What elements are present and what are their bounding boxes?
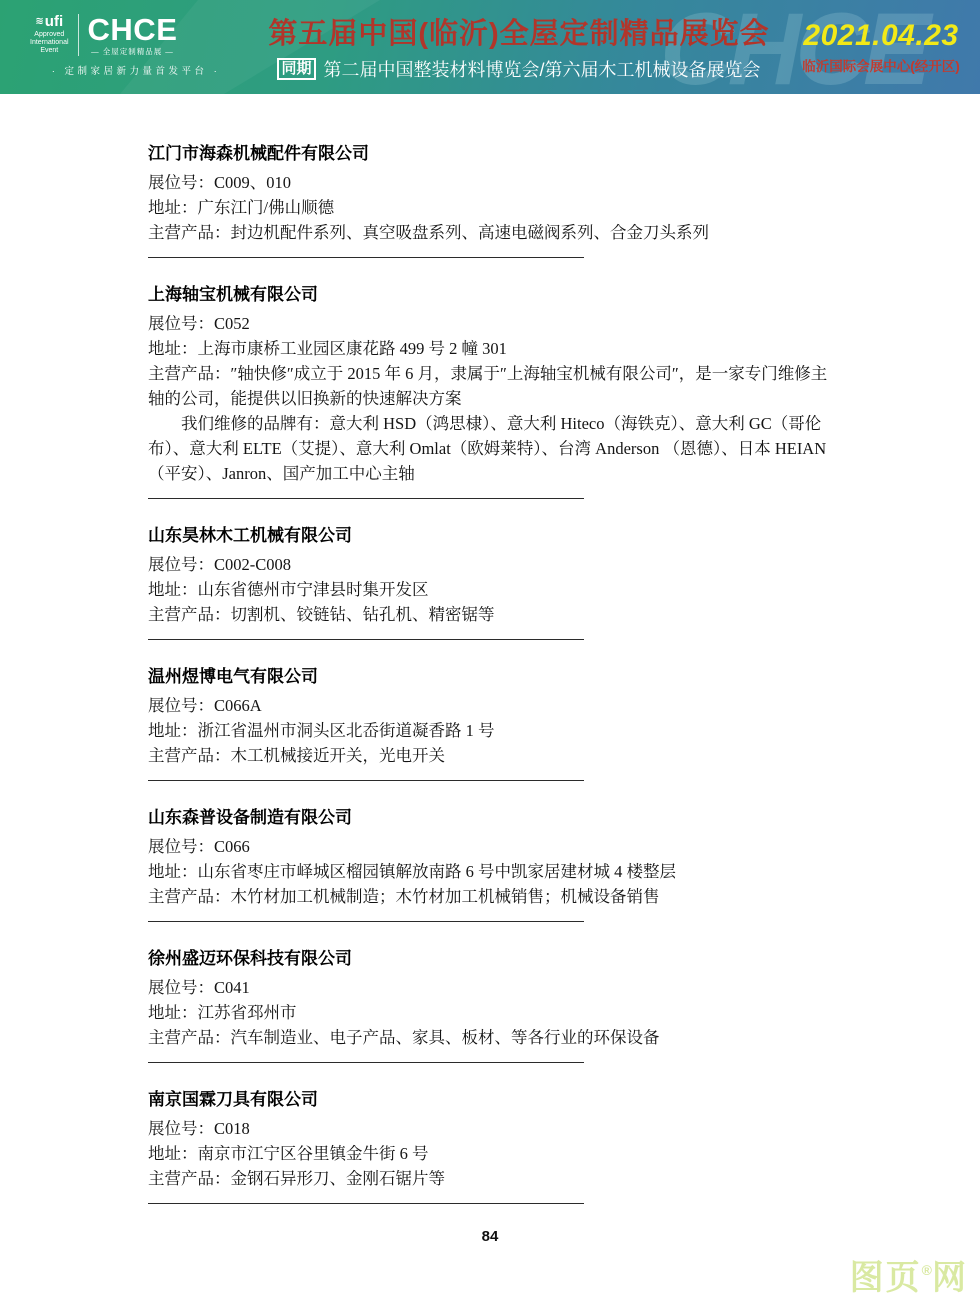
company-detail-line: 展位号：C018 [148,1116,840,1141]
section-divider [148,921,584,922]
company-detail-line: 展位号：C009、010 [148,170,840,195]
logo-row: ≋ufi Approved International Event CHCE —… [30,14,242,56]
title-block: 第五届中国(临沂)全屋定制精品展览会 同期 第二届中国整装材料博览会/第六届木工… [242,9,796,82]
exhibition-title: 第五届中国(临沂)全屋定制精品展览会 [246,11,792,52]
ufi-wave-icon: ≋ [35,16,43,27]
company-name: 山东森普设备制造有限公司 [148,805,840,830]
section-divider [148,780,584,781]
company-name: 上海轴宝机械有限公司 [148,282,840,307]
chce-logo-subtext: — 全屋定制精品展 — [88,48,178,56]
exhibitor-entry: 山东昊林木工机械有限公司展位号：C002-C008地址：山东省德州市宁津县时集开… [148,523,840,640]
exhibitor-entry: 温州煜博电气有限公司展位号：C066A地址：浙江省温州市洞头区北岙街道凝香路 1… [148,664,840,781]
company-detail-line: 地址：山东省枣庄市峄城区榴园镇解放南路 6 号中凯家居建材城 4 楼整层 [148,859,840,884]
exhibitor-entry: 南京国霖刀具有限公司展位号：C018地址：南京市江宁区谷里镇金牛街 6 号主营产… [148,1087,840,1204]
company-detail-line: 地址：南京市江宁区谷里镇金牛街 6 号 [148,1141,840,1166]
company-detail-line: 展位号：C066A [148,693,840,718]
exhibitor-entry: 江门市海森机械配件有限公司展位号：C009、010地址：广东江门/佛山顺德主营产… [148,141,840,258]
company-name: 徐州盛迈环保科技有限公司 [148,946,840,971]
exhibition-date: 2021.04.23 [796,19,966,53]
section-divider [148,1203,584,1204]
catalog-page: CHCE ≋ufi Approved International Event C… [0,0,980,1305]
company-detail-line: 主营产品：封边机配件系列、真空吸盘系列、高速电磁阀系列、合金刀头系列 [148,220,840,245]
chce-logo: CHCE — 全屋定制精品展 — [88,14,178,56]
ufi-logo: ≋ufi Approved International Event [30,14,69,55]
company-name: 南京国霖刀具有限公司 [148,1087,840,1112]
company-detail-line: 地址：山东省德州市宁津县时集开发区 [148,577,840,602]
registered-mark-icon: ® [922,1262,932,1278]
ufi-logo-text: ≋ufi [30,14,69,29]
company-detail-line: 我们维修的品牌有：意大利 HSD（鸿思棣）、意大利 Hiteco（海铁克）、意大… [148,411,840,486]
company-detail-line: 主营产品：金钢石异形刀、金刚石锯片等 [148,1166,840,1191]
company-detail-line: 主营产品：木工机械接近开关，光电开关 [148,743,840,768]
brand-tagline: · 定制家居新力量首发平台 · [30,63,242,77]
section-divider [148,1062,584,1063]
company-detail-line: 主营产品：切割机、铰链钻、钻孔机、精密锯等 [148,602,840,627]
concurrent-events: 第二届中国整装材料博览会/第六届木工机械设备展览会 [324,56,761,82]
section-divider [148,257,584,258]
tuyew-watermark: 图页®网 [850,1250,968,1299]
company-detail-line: 主营产品：汽车制造业、电子产品、家具、板材、等各行业的环保设备 [148,1025,840,1050]
exhibitor-entry: 上海轴宝机械有限公司展位号：C052地址：上海市康桥工业园区康花路 499 号 … [148,282,840,499]
exhibition-venue: 临沂国际会展中心(经开区) [796,55,966,75]
company-detail-line: 展位号：C041 [148,975,840,1000]
company-detail-line: 地址：江苏省邳州市 [148,1000,840,1025]
company-name: 山东昊林木工机械有限公司 [148,523,840,548]
page-number: 84 [0,1228,980,1245]
company-detail-line: 展位号：C052 [148,311,840,336]
company-detail-line: 展位号：C002-C008 [148,552,840,577]
company-detail-line: 地址：上海市康桥工业园区康花路 499 号 2 幢 301 [148,336,840,361]
date-block: 2021.04.23 临沂国际会展中心(经开区) [796,15,966,75]
ufi-brand: ufi [45,13,63,30]
exhibitor-list: 江门市海森机械配件有限公司展位号：C009、010地址：广东江门/佛山顺德主营产… [0,94,980,1204]
company-detail-line: 主营产品：木竹材加工机械制造；木竹材加工机械销售；机械设备销售 [148,884,840,909]
company-detail-line: 地址：浙江省温州市洞头区北岙街道凝香路 1 号 [148,718,840,743]
section-divider [148,498,584,499]
tuyew-watermark-right: 网 [932,1259,968,1297]
company-detail-line: 展位号：C066 [148,834,840,859]
exhibition-banner: CHCE ≋ufi Approved International Event C… [0,0,980,94]
company-detail-line: 地址：广东江门/佛山顺德 [148,195,840,220]
exhibitor-entry: 山东森普设备制造有限公司展位号：C066地址：山东省枣庄市峄城区榴园镇解放南路 … [148,805,840,922]
ufi-subtext: Approved International Event [30,31,69,55]
concurrent-badge: 同期 [277,58,315,80]
brand-block: ≋ufi Approved International Event CHCE —… [30,14,242,77]
company-detail-line: 主营产品：″轴快修″成立于 2015 年 6 月，隶属于″上海轴宝机械有限公司″… [148,361,840,411]
logo-divider [78,14,79,56]
exhibitor-entry: 徐州盛迈环保科技有限公司展位号：C041地址：江苏省邳州市主营产品：汽车制造业、… [148,946,840,1063]
subtitle-row: 同期 第二届中国整装材料博览会/第六届木工机械设备展览会 [246,56,792,82]
company-name: 江门市海森机械配件有限公司 [148,141,840,166]
chce-logo-text: CHCE [88,14,178,45]
tuyew-watermark-left: 图页 [850,1259,922,1297]
section-divider [148,639,584,640]
company-name: 温州煜博电气有限公司 [148,664,840,689]
